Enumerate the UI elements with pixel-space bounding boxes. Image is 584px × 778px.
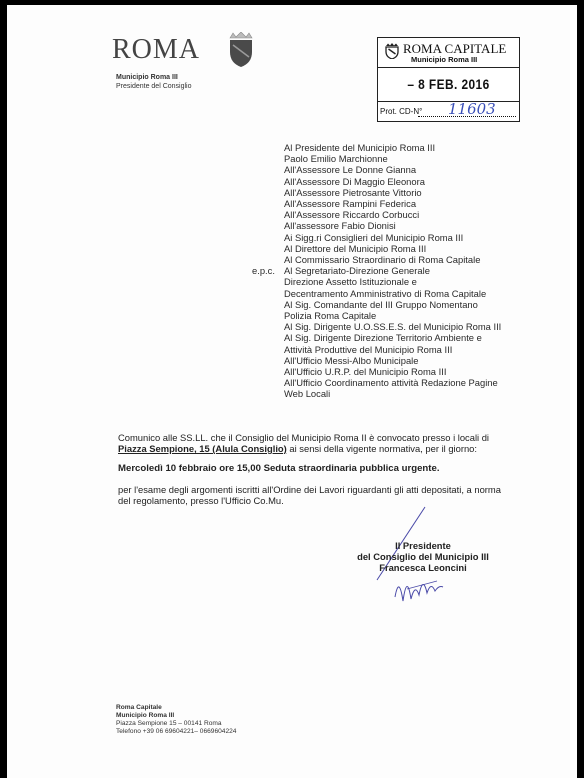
body-line-convocation: Comunico alle SS.LL. che il Consiglio de… [118, 432, 489, 443]
protocol-label: Prot. CD-N° [380, 107, 422, 116]
recipient-line: All'Assessore Di Maggio Eleonora [284, 176, 501, 187]
epc-label: e.p.c. [252, 265, 275, 276]
letter-page: ROMA Municipio Roma III Presidente del C… [7, 5, 577, 778]
recipient-line: Direzione Assetto Istituzionale e [284, 276, 501, 287]
body-line-regulation: del regolamento, presso l'Ufficio Co.Mu. [118, 495, 284, 506]
recipient-line: Web Locali [284, 388, 501, 399]
rome-crest-icon [226, 32, 256, 68]
recipient-line: Ai Sigg.ri Consiglieri del Municipio Rom… [284, 232, 501, 243]
recipient-line: Al Sig. Dirigente Direzione Territorio A… [284, 332, 501, 343]
meeting-location: Piazza Sempione, 15 (Alula Consiglio) [118, 443, 287, 454]
recipient-line: All'Ufficio U.R.P. del Municipio Roma II… [284, 366, 501, 377]
recipient-line: All'Assessore Rampini Federica [284, 198, 501, 209]
recipient-line: All'Assessore Riccardo Corbucci [284, 209, 501, 220]
protocol-number: 11603 [448, 100, 496, 118]
office-role: Presidente del Consiglio [116, 82, 192, 91]
recipient-line: Al Sig. Dirigente U.O.SS.E.S. del Munici… [284, 321, 501, 332]
recipient-list: Al Presidente del Municipio Roma IIIPaol… [284, 142, 501, 400]
recipient-line: All'Ufficio Coordinamento attività Redaz… [284, 377, 501, 388]
recipient-line: Decentramento Amministrativo di Roma Cap… [284, 288, 501, 299]
protocol-stamp: ROMA CAPITALE Municipio Roma III – 8 FEB… [377, 37, 520, 122]
recipient-line: All'Ufficio Messi-Albo Municipale [284, 355, 501, 366]
stamp-date: – 8 FEB. 2016 [389, 76, 509, 92]
recipient-line: Al Segretariato-Direzione Generale [284, 265, 501, 276]
footer-street: Piazza Sempione 15 – 00141 Roma [116, 720, 236, 728]
recipient-line: All'Assessore Le Donne Gianna [284, 164, 501, 175]
recipient-line: Al Direttore del Municipio Roma III [284, 243, 501, 254]
recipient-line: Al Commissario Straordinario di Roma Cap… [284, 254, 501, 265]
recipient-line: All'assessore Fabio Dionisi [284, 220, 501, 231]
stamp-subtitle: Municipio Roma III [411, 55, 477, 64]
footer-org: Roma Capitale [116, 704, 236, 712]
body-line-location-rest: ai sensi della vigente normativa, per il… [287, 443, 477, 454]
body-line-agenda: per l'esame degli argomenti iscritti all… [118, 484, 501, 495]
footer-phone: Telefono +39 06 69604221– 0669604224 [116, 728, 236, 736]
signer-name: Francesca Leoncini [353, 562, 493, 573]
roma-logo: ROMA [112, 36, 200, 64]
recipient-line: All'Assessore Pietrosante Vittorio [284, 187, 501, 198]
recipient-line: Polizia Roma Capitale [284, 310, 501, 321]
signer-office: del Consiglio del Municipio III [353, 551, 493, 562]
body-line-location: Piazza Sempione, 15 (Alula Consiglio) ai… [118, 443, 477, 454]
recipient-line: Attività Produttive del Municipio Roma I… [284, 344, 501, 355]
footer-address: Roma Capitale Municipio Roma III Piazza … [116, 704, 236, 736]
signature-block: Il Presidente del Consiglio del Municipi… [353, 540, 493, 573]
recipient-line: Al Sig. Comandante del III Gruppo Noment… [284, 299, 501, 310]
office-name: Municipio Roma III [116, 73, 192, 82]
header-subtitle: Municipio Roma III Presidente del Consig… [116, 73, 192, 91]
recipient-line: Paolo Emilio Marchionne [284, 153, 501, 164]
recipient-line: Al Presidente del Municipio Roma III [284, 142, 501, 153]
footer-office: Municipio Roma III [116, 712, 236, 720]
meeting-datetime: Mercoledì 10 febbraio ore 15,00 Seduta s… [118, 463, 439, 474]
signer-title: Il Presidente [353, 540, 493, 551]
rome-crest-icon [385, 43, 399, 59]
